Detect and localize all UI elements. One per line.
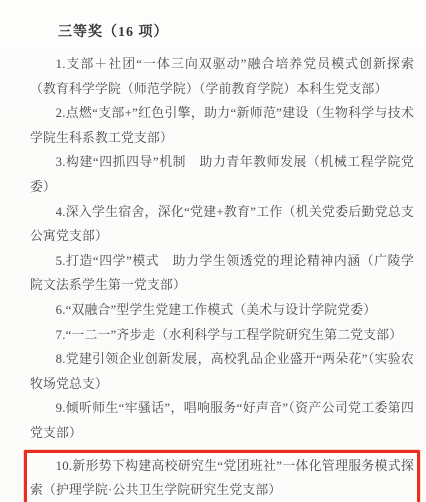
award-item-9: 9.倾听师生“牢骚话”，唱响服务“好声音”（资产公司党工委第四党支部）	[30, 396, 414, 445]
award-item-5: 5.打造“四学”模式 助力学生领透党的理论精神内涵（广陵学院文法系学生第一党支部…	[30, 249, 414, 298]
award-list: 1.支部＋社团“一体三向双驱动”融合培养党员模式创新探索（教育科学学院（师范学院…	[30, 52, 414, 502]
award-item-1: 1.支部＋社团“一体三向双驱动”融合培养党员模式创新探索（教育科学学院（师范学院…	[30, 52, 414, 101]
award-item-2: 2.点燃“支部+”红色引擎，助力“新师范”建设（生物科学与技术学院生科系教工党支…	[30, 101, 414, 150]
scanned-document-page: 三等奖（16 项） 1.支部＋社团“一体三向双驱动”融合培养党员模式创新探索（教…	[0, 0, 426, 502]
section-title: 三等奖（16 项）	[30, 22, 414, 44]
award-item-4: 4.深入学生宿舍，深化“党建+教育”工作（机关党委后勤党总支公寓党支部）	[30, 200, 414, 249]
award-item-6: 6.“双融合”型学生党建工作模式（美术与设计学院党委）	[30, 298, 414, 323]
award-item-8: 8.党建引领企业创新发展，高校乳品企业盛开“两朵花”（实验农牧场党总支）	[30, 347, 414, 396]
award-item-3: 3.构建“四抓四导”机制 助力青年教师发展（机械工程学院党委）	[30, 150, 414, 199]
award-item-7: 7.“一二一”齐步走（水利科学与工程学院研究生第二党支部）	[30, 323, 414, 348]
highlighted-award-item: 10.新形势下构建高校研究生“党团班社”一体化管理服务模式探索（护理学院·公共卫…	[24, 450, 420, 502]
